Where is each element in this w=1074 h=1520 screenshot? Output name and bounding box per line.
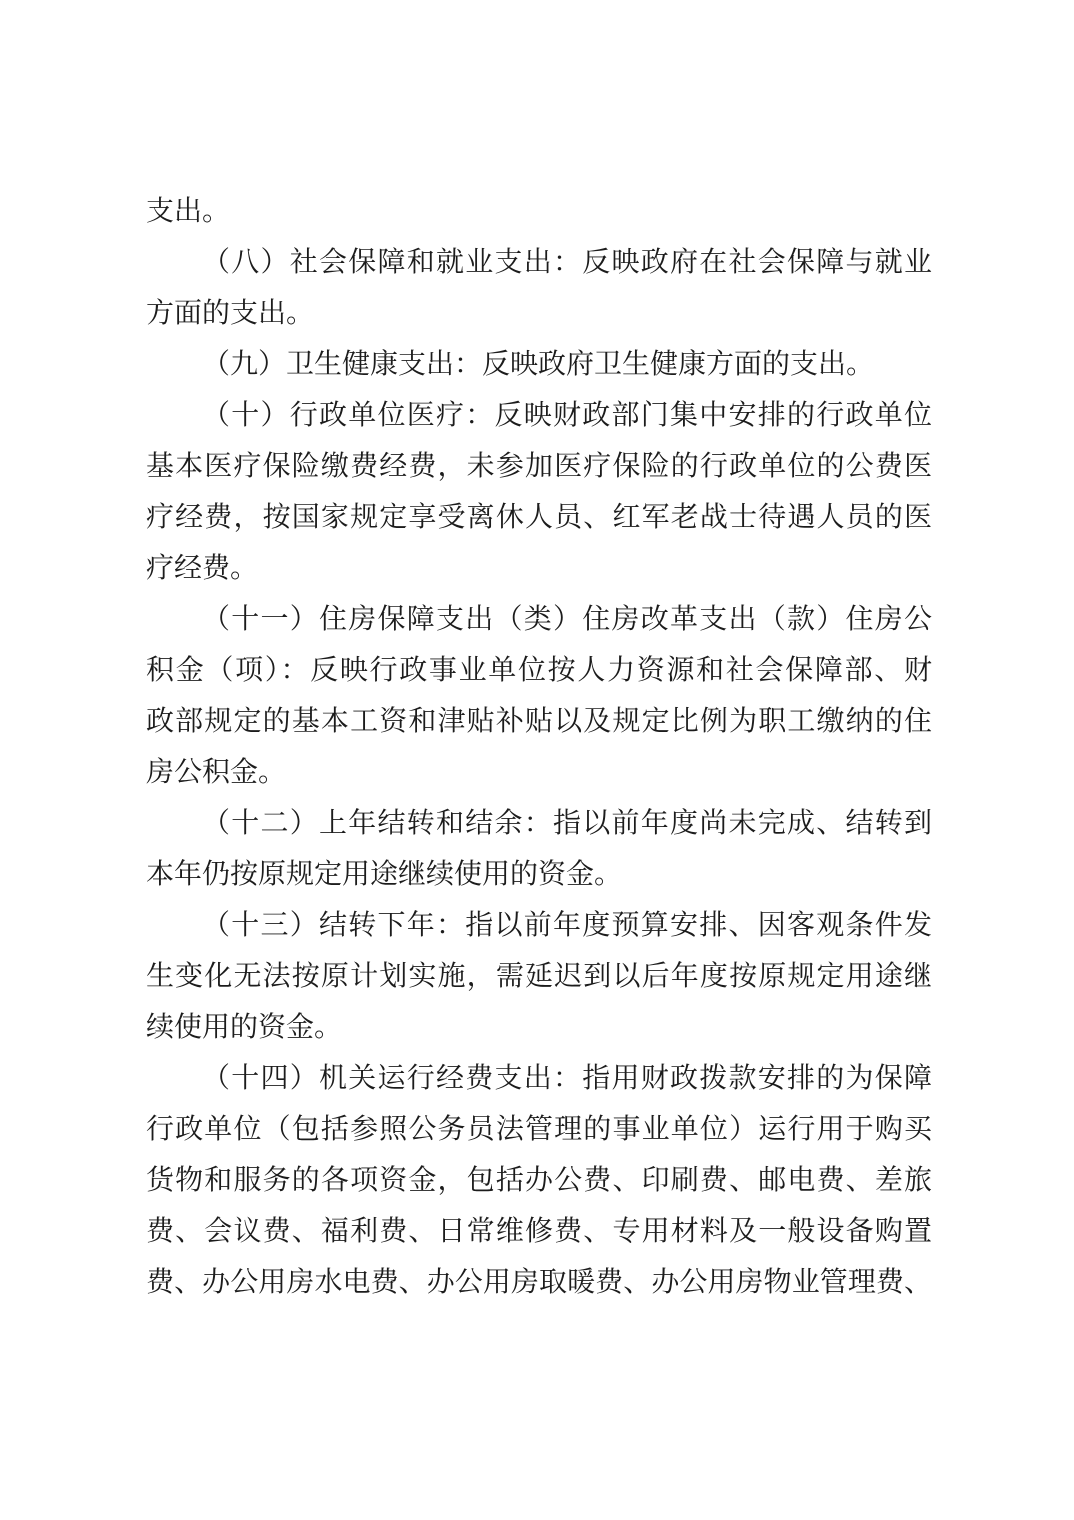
text-line: 支出。 [146, 186, 932, 237]
paragraph: （十三）结转下年：指以前年度预算安排、因客观条件发生变化无法按原计划实施，需延迟… [146, 900, 932, 1053]
text-line: 费、会议费、福利费、日常维修费、专用材料及一般设备购置 [146, 1206, 932, 1257]
text-line: 货物和服务的各项资金，包括办公费、印刷费、邮电费、差旅 [146, 1155, 932, 1206]
text-line: 积金（项）：反映行政事业单位按人力资源和社会保障部、财 [146, 645, 932, 696]
text-line: （九）卫生健康支出：反映政府卫生健康方面的支出。 [146, 339, 932, 390]
paragraph: （九）卫生健康支出：反映政府卫生健康方面的支出。 [146, 339, 932, 390]
text-line: 续使用的资金。 [146, 1002, 932, 1053]
text-line: 疗经费。 [146, 543, 932, 594]
text-line: （八）社会保障和就业支出：反映政府在社会保障与就业 [146, 237, 932, 288]
paragraph: （十）行政单位医疗：反映财政部门集中安排的行政单位基本医疗保险缴费经费，未参加医… [146, 390, 932, 594]
paragraph: 支出。 [146, 186, 932, 237]
text-line: 房公积金。 [146, 747, 932, 798]
text-line: （十）行政单位医疗：反映财政部门集中安排的行政单位 [146, 390, 932, 441]
text-line: 行政单位（包括参照公务员法管理的事业单位）运行用于购买 [146, 1104, 932, 1155]
paragraph: （十二）上年结转和结余：指以前年度尚未完成、结转到本年仍按原规定用途继续使用的资… [146, 798, 932, 900]
document-body: 支出。（八）社会保障和就业支出：反映政府在社会保障与就业方面的支出。（九）卫生健… [146, 186, 932, 1308]
text-line: 基本医疗保险缴费经费，未参加医疗保险的行政单位的公费医 [146, 441, 932, 492]
text-line: 政部规定的基本工资和津贴补贴以及规定比例为职工缴纳的住 [146, 696, 932, 747]
paragraph: （八）社会保障和就业支出：反映政府在社会保障与就业方面的支出。 [146, 237, 932, 339]
text-line: 生变化无法按原计划实施，需延迟到以后年度按原规定用途继 [146, 951, 932, 1002]
text-line: （十一）住房保障支出（类）住房改革支出（款）住房公 [146, 594, 932, 645]
text-line: 费、办公用房水电费、办公用房取暖费、办公用房物业管理费、 [146, 1257, 932, 1308]
document-page: 支出。（八）社会保障和就业支出：反映政府在社会保障与就业方面的支出。（九）卫生健… [0, 0, 1074, 1520]
text-line: 疗经费，按国家规定享受离休人员、红军老战士待遇人员的医 [146, 492, 932, 543]
text-line: （十二）上年结转和结余：指以前年度尚未完成、结转到 [146, 798, 932, 849]
paragraph: （十四）机关运行经费支出：指用财政拨款安排的为保障行政单位（包括参照公务员法管理… [146, 1053, 932, 1308]
text-line: 方面的支出。 [146, 288, 932, 339]
text-line: 本年仍按原规定用途继续使用的资金。 [146, 849, 932, 900]
text-line: （十四）机关运行经费支出：指用财政拨款安排的为保障 [146, 1053, 932, 1104]
paragraph: （十一）住房保障支出（类）住房改革支出（款）住房公积金（项）：反映行政事业单位按… [146, 594, 932, 798]
text-line: （十三）结转下年：指以前年度预算安排、因客观条件发 [146, 900, 932, 951]
